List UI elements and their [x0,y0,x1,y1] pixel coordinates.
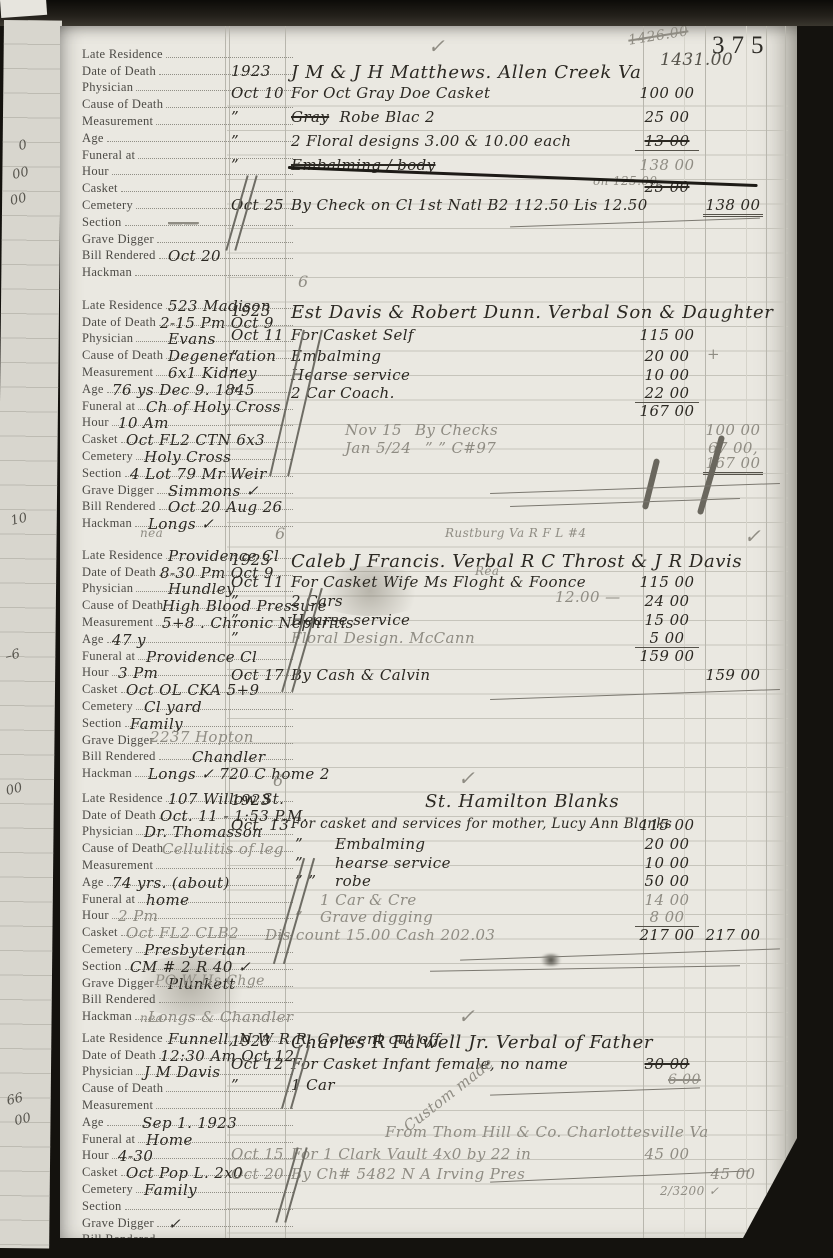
handwritten-value: Degeneration [168,347,276,365]
pencil-crossed-total: 1426.00 [627,23,689,48]
entry-date: Oct 10 [231,84,289,102]
form-label: Late Residence [82,549,163,562]
handwritten-value: Oct 20 [168,247,221,265]
dotted-leader [157,242,293,243]
form-label: Age [82,633,104,646]
form-label-row: PhysicianDr. Thomasson [82,822,294,839]
handwritten-value: Longs & Chandler [148,1008,293,1026]
check-mark: ✓ [458,766,475,790]
entry-amount-a: 13 00 [635,132,699,151]
entry-date: ” [231,156,289,174]
handwritten-value: 47 y [112,631,146,649]
form-label: Cemetery [82,199,133,212]
record-block-2-labels: Late Residence523 Madison Date of Death2… [82,295,294,530]
form-label-row: Hackman [82,1246,294,1258]
edge-scribble: 10 [9,510,29,528]
handwritten-value: Oct Pop L. 2x0 [126,1164,243,1182]
form-label: Casket [82,926,118,939]
form-label: Hackman [82,517,132,530]
entry-amount-a: 10 00 [635,366,699,384]
handwritten-value: 12:30 Am Oct 12 [160,1047,294,1065]
entry-desc: For casket and services for mother, Lucy… [291,816,672,832]
handwritten-value: Home [146,1131,193,1149]
handwritten-value: Chandler [192,748,265,766]
check-mark: ✓ [744,524,761,548]
form-label: Cause of Death [82,599,163,612]
form-label: Cause of Death [82,1082,163,1095]
form-label: Hackman [82,1010,132,1023]
form-label: Age [82,876,104,889]
handwritten-value: Longs ✓ 720 C home 2 [148,765,330,783]
entry-row: ” Gray Robe Blac 2 25 00 [225,108,790,132]
form-label: Date of Death [82,809,156,822]
form-label: Measurement [82,1099,153,1112]
entry-amount-a: 115 00 [635,816,699,834]
pencil-note-nea: nea [140,1011,163,1025]
form-label: Section [82,717,122,730]
form-label-row: SectionCM # 2 R 40 ✓ [82,956,294,973]
check-mark: ✓ [458,1004,475,1028]
form-label-row: CasketOct FL2 CTN 6x3 [82,429,294,446]
form-label-row: Late Residence [82,44,294,61]
entry-row: Oct 25 By Check on Cl 1st Natl B2 112.50… [225,196,790,220]
entry-desc: 2 Floral designs 3.00 & 10.00 each [291,132,571,150]
handwritten-value: Oct 20 Aug 26 [168,498,283,516]
handwritten-value: Cellulitis of leg [162,840,284,858]
entry-desc: hearse service [335,854,451,872]
form-label: Hour [82,666,109,679]
form-label: Hackman [82,1250,132,1258]
edge-scribble: 00 [13,1111,33,1129]
form-label-row: Cause of DeathDegeneration [82,345,294,362]
handwritten-value: 4-30 [118,1147,153,1165]
form-label: Hour [82,165,109,178]
dotted-leader [159,1002,293,1003]
entry-amount-a: 100 00 [635,84,699,102]
form-label: Bill Rendered [82,1233,156,1246]
form-label: Cemetery [82,1183,133,1196]
entry-amount-a: 138 00 [635,156,699,174]
entry-heading: Caleb J Francis. Verbal R C Throst & J R… [291,551,742,572]
handwritten-value: 6x1 Kidney [168,364,257,382]
entry-desc: 1 Car & Cre [320,891,417,909]
form-label: Section [82,216,122,229]
entry-desc: Nov 15 [345,421,402,439]
form-label: Hour [82,416,109,429]
form-label: Bill Rendered [82,500,156,513]
form-label: Late Residence [82,1032,163,1045]
entry-desc: By Cash & Calvin [291,666,430,684]
handwritten-value: 4 Lot 79 Mr Weir [130,465,267,483]
form-label: Age [82,1116,104,1129]
form-label: Funeral at [82,400,135,413]
form-label: Physician [82,825,133,838]
handwritten-value: 2 Pm [118,907,158,925]
form-label: Grave Digger [82,734,154,747]
dotted-leader [125,225,293,226]
form-label: Funeral at [82,149,135,162]
entry-amount-a: 8 00 [635,908,699,927]
entry-amount-b: 45 00 [703,1165,763,1183]
entry-desc: For Casket Self [291,326,414,344]
handwritten-value: J M Davis [144,1063,220,1081]
entry-desc: For 1 Clark Vault 4x0 by 22 in [291,1145,531,1163]
form-label: Funeral at [82,893,135,906]
entry-date: Oct 15 [231,1145,289,1163]
form-label-row: Cause of DeathCellulitis of leg [82,838,294,855]
form-label: Bill Rendered [82,993,156,1006]
entry-row: Oct 10 For Oct Gray Doe Casket 100 00 [225,84,790,108]
entry-amount-b: 217 00 [703,926,763,944]
ledger-photo: 0 00 00 10 –6 00 66 00 375 1426.00 1431.… [0,0,833,1258]
handwritten-value: Providence Cl [146,648,257,666]
edge-scribble: –6 [4,647,22,665]
entry-amount-a: 15 00 [635,611,699,629]
handwritten-value: 76 ys Dec 9. 1845 [112,381,255,399]
form-label: Date of Death [82,566,156,579]
entry-desc: Grave digging [320,908,433,926]
handwritten-value: Funnell, N W R R. Concent cut off [168,1030,440,1048]
dotted-leader [156,1108,293,1109]
pencil-foot-note: 2/3200 ✓ [660,1184,719,1198]
form-label: Hour [82,909,109,922]
entry-row: ” 1 Car [225,1076,790,1100]
entry-heading: Est Davis & Robert Dunn. Verbal Son & Da… [291,302,773,323]
dotted-leader [125,1209,293,1210]
form-label-row: Date of Death8-30 Pm Oct 9 [82,562,294,579]
entry-amount-a: 5 00 [635,629,699,648]
form-label: Grave Digger [82,1217,154,1230]
entry-heading-row: 1923 St. Hamilton Blanks [225,791,790,815]
form-label-row: Late Residence107 Willow St. [82,788,294,805]
dotted-leader [135,275,293,276]
form-label: Grave Digger [82,484,154,497]
handwritten-value: 107 Willow St. [168,790,284,808]
form-label: Hackman [82,266,132,279]
entry-heading-row: 1923 Caleb J Francis. Verbal R C Throst … [225,551,790,575]
pencil-alt-amount: 6 00 [668,1072,701,1088]
form-label: Measurement [82,616,153,629]
dotted-leader [159,1242,293,1243]
form-label-row: HackmanLongs ✓ 720 C home 2 [82,763,294,780]
handwritten-value: Evans [168,330,216,348]
entry-amount-a: 159 00 [635,647,699,665]
form-label: Age [82,132,104,145]
entry-row: From Thom Hill & Co. Charlottesville Va [225,1123,790,1147]
entry-amount-a: 45 00 [635,1145,699,1163]
form-label-row: Date of Death2-15 Pm Oct 9 [82,312,294,329]
entry-heading: J M & J H Matthews. Allen Creek Va [291,62,641,83]
pencil-note-nea: nea [140,526,163,540]
handwritten-value: Cl yard [144,698,202,716]
entry-desc: For Casket Infant female, no name [291,1055,568,1073]
form-label: Section [82,467,122,480]
entry-amount-a: 217 00 [635,926,699,944]
entry-row: Oct 17 By Cash & Calvin 159 00 [225,666,790,690]
form-label: Physician [82,1065,133,1078]
pencil-note-below: 2237 Hopton [150,728,254,746]
entry-row: ” 2 Floral designs 3.00 & 10.00 each 13 … [225,132,790,156]
form-label: Casket [82,182,118,195]
pencil-six: 6 [298,272,309,291]
edge-scribble: 00 [4,780,24,798]
form-label: Hackman [82,767,132,780]
form-label: Late Residence [82,792,163,805]
previous-page-edge: 0 00 00 10 –6 00 66 00 [0,20,62,1249]
entry-desc: From Thom Hill & Co. Charlottesville Va [385,1123,709,1141]
form-label: Casket [82,683,118,696]
form-label: Cemetery [82,943,133,956]
form-label-row: Bill Rendered [82,1230,294,1247]
handwritten-value: Presbyterian [144,941,246,959]
form-label: Grave Digger [82,977,154,990]
handwritten-value: Oct FL2 CLB2 [126,924,239,942]
handwritten-value: High Blood Pressure [162,597,327,615]
handwritten-value: Oct OL CKA 5+9 [126,681,259,699]
edge-scribble: 0 [17,137,29,154]
entry-desc: By Ch# 5482 N A Irving Pres [291,1165,525,1183]
form-label: Physician [82,332,133,345]
form-label: Cemetery [82,700,133,713]
entry-amount-a: 20 00 [635,347,699,365]
edge-scribble: 00 [11,164,31,182]
form-label: Cemetery [82,450,133,463]
handwritten-value: 5+8 . Chronic Nephritis [162,614,354,632]
form-label: Date of Death [82,316,156,329]
form-label: Grave Digger [82,233,154,246]
entry-year: 1923 [231,62,289,80]
entry-desc: For Casket Wife Ms Floght & Foonce [291,573,586,591]
form-label: Physician [82,582,133,595]
handwritten-value: 3 Pm [118,664,158,682]
form-label-row: Date of Death12:30 Am Oct 12 [82,1045,294,1062]
entry-amount-a: 20 00 [635,835,699,853]
handwritten-value: 10 Am [118,414,169,432]
entry-amount-a: 10 00 [635,854,699,872]
form-label: Date of Death [82,1049,156,1062]
edge-scribble: 66 [5,1090,25,1108]
pencil-note-below: PO W Hs Chge [155,973,265,989]
entry-amount-a: 50 00 [635,872,699,890]
form-label: Funeral at [82,1133,135,1146]
form-label-row: HackmanLongs & Chandler [82,1006,294,1023]
entry-date: ” [231,108,289,126]
form-label: Measurement [82,859,153,872]
handwritten-value: Hundley [168,580,235,598]
handwritten-value: Holy Cross [144,448,231,466]
check-mark: ✓ [428,34,445,58]
form-label-row: Section4 Lot 79 Mr Weir [82,463,294,480]
form-label: Casket [82,433,118,446]
dotted-leader [166,57,293,58]
entry-desc: By Check on Cl 1st Natl B2 112.50 Lis 12… [291,196,648,214]
form-label: Casket [82,1166,118,1179]
form-label: Section [82,960,122,973]
form-label-row: Bill RenderedOct 20 Aug 26 [82,497,294,514]
pencil-superscript: Rea [475,564,500,578]
form-label: Funeral at [82,650,135,663]
form-label: Cause of Death [82,98,163,111]
form-label: Age [82,383,104,396]
book-top-edge [0,0,833,26]
ledger-page: 375 1426.00 1431.00 ✓ Late Residence Dat… [60,26,797,1238]
form-label: Measurement [82,366,153,379]
form-label-row: CemeteryCl yard [82,696,294,713]
entry-desc: Dis count 15.00 Cash 202.03 [265,926,495,944]
entry-amount-b: 138 00 [703,196,763,217]
entry-row: 167 00 [225,454,790,478]
entry-amount-a: 167 00 [635,402,699,420]
entry-amount-a: 14 00 [635,891,699,909]
handwritten-value: home [146,891,189,909]
handwritten-value: Simmons ✓ [168,482,259,500]
entry-amount-b: 159 00 [703,666,763,684]
entry-date: ” [231,1076,289,1094]
entry-desc: robe [335,872,371,890]
form-label: Bill Rendered [82,249,156,262]
entry-amount-b: 100 00 [703,421,763,439]
pencil-plus: + [707,345,720,363]
form-label-row: Grave Digger✓ [82,1213,294,1230]
handwritten-value: 523 Madison [168,297,271,315]
entry-heading-row: 1923 Est Davis & Robert Dunn. Verbal Son… [225,302,790,326]
form-label: Hour [82,1149,109,1162]
form-label: Bill Rendered [82,750,156,763]
entry-heading: St. Hamilton Blanks [425,791,619,812]
entry-desc: For Oct Gray Doe Casket [291,84,490,102]
handwritten-value: Oct. 11 - 1:53 P.M. [160,807,308,825]
handwritten-value: Dr. Thomasson [144,823,262,841]
handwritten-value: Ch of Holy Cross [146,398,281,416]
form-label-row: Late ResidenceProvidence Cl [82,545,294,562]
form-label-row: Bill RenderedChandler [82,747,294,764]
form-label: Measurement [82,115,153,128]
entry-desc: Embalming [291,347,381,365]
form-label-row: Bill RenderedOct 20 [82,246,294,263]
entry-row: Dis count 15.00 Cash 202.03 217 00 217 0… [225,926,790,950]
handwritten-value: Sep 1. 1923 [142,1114,237,1132]
form-label: Late Residence [82,48,163,61]
pencil-note-above: Rustburg Va R F L #4 [445,526,586,540]
form-label-row: Date of DeathOct. 11 - 1:53 P.M. [82,805,294,822]
form-label-row: Late ResidenceFunnell, N W R R. Concent … [82,1028,294,1045]
form-label: Late Residence [82,299,163,312]
entry-desc2: By Checks [415,421,498,439]
handwritten-value: Family [144,1181,197,1199]
entry-desc: Robe Blac 2 [340,108,435,126]
pencil-total: 1431.00 [660,50,733,70]
edge-scribble: 00 [9,190,29,208]
entry-amount-a: 30 00 [635,1055,699,1073]
handwritten-value: —— [168,214,199,232]
form-label-row: Measurement5+8 . Chronic Nephritis [82,612,294,629]
form-label: Cause of Death [82,842,163,855]
form-label: Date of Death [82,65,156,78]
form-label: Physician [82,81,133,94]
pencil-six: 6 [275,524,286,543]
form-label-row: Late Residence523 Madison [82,295,294,312]
entry-amount-a: 24 00 [635,592,699,610]
handwritten-value: 8-30 Pm Oct 9 [160,564,274,582]
form-label-row: Cause of DeathHigh Blood Pressure [82,595,294,612]
handwritten-value: Oct FL2 CTN 6x3 [126,431,265,449]
form-label: Cause of Death [82,349,163,362]
pencil-pre-amount: 12.00 — [555,588,621,606]
entry-amount-a: 115 00 [635,573,699,591]
handwritten-value: 74 yrs. (about) [112,874,230,892]
handwritten-value: ✓ [168,1215,181,1233]
pencil-six: 6 [273,771,284,790]
struck-word: Gray [291,108,329,126]
form-label: Section [82,1200,122,1213]
entry-date: ” [231,132,289,150]
handwritten-value: Providence Cl [168,547,279,565]
entry-amount-a: 22 00 [635,384,699,403]
entry-amount-a: 115 00 [635,326,699,344]
entry-amount-a: 25 00 [635,108,699,126]
entry-desc: Embalming [335,835,425,853]
handwritten-value: 2-15 Pm Oct 9 [160,314,274,332]
